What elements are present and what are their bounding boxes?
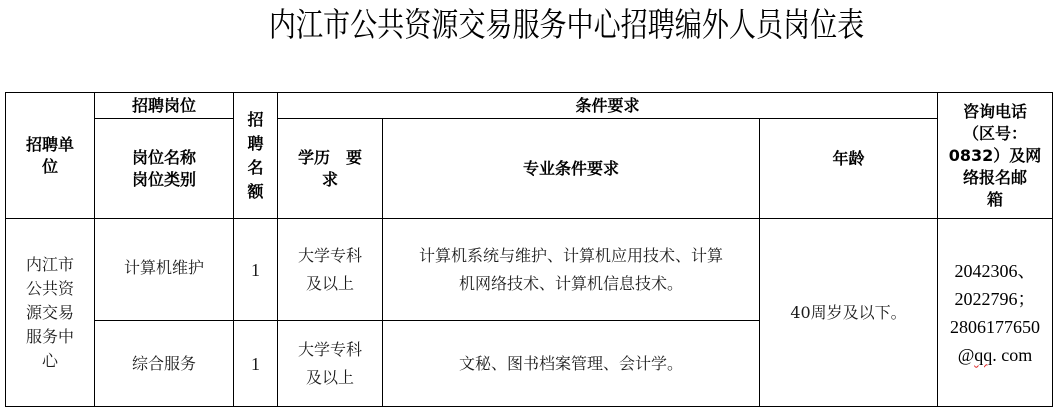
header-contact-line: 箱 <box>938 189 1052 211</box>
quota-cell: 1 <box>234 219 278 321</box>
header-unit-line: 位 <box>6 156 94 178</box>
major-line: 文秘、图书档案管理、会计学。 <box>383 350 759 378</box>
education-line: 大学专科 <box>278 242 382 270</box>
recruitment-table: 招聘单 位 招聘岗位 招 聘 名 额 条件要求 咨询电话 （区号： 0832）及… <box>5 92 1053 407</box>
header-unit-line: 招聘单 <box>6 134 94 156</box>
position-cell: 计算机维护 <box>95 219 234 321</box>
education-line: 大学专科 <box>278 336 382 364</box>
header-quota: 招 聘 名 额 <box>234 93 278 219</box>
quota-cell: 1 <box>234 321 278 407</box>
education-line: 及以上 <box>278 270 382 298</box>
unit-name-line: 服务中 <box>6 325 94 349</box>
email-domain-suffix: . com <box>992 345 1032 365</box>
phone-number: 2022796； <box>938 285 1052 313</box>
header-contact-line: 0832）及网 <box>938 145 1052 167</box>
header-quota-line: 额 <box>234 180 277 204</box>
header-position-name-type: 岗位名称 岗位类别 <box>95 119 234 219</box>
email-local-part: 2806177650 <box>938 313 1052 341</box>
major-cell: 计算机系统与维护、计算机应用技术、计算 机网络技术、计算机信息技术。 <box>383 219 760 321</box>
header-position-name: 岗位名称 <box>95 147 233 169</box>
header-major: 专业条件要求 <box>383 119 760 219</box>
header-contact: 咨询电话 （区号： 0832）及网 络报名邮 箱 <box>938 93 1053 219</box>
header-unit: 招聘单 位 <box>6 93 95 219</box>
header-quota-line: 名 <box>234 156 277 180</box>
unit-name-line: 内江市 <box>6 253 94 277</box>
unit-name-line: 心 <box>6 349 94 373</box>
header-quota-line: 聘 <box>234 132 277 156</box>
position-cell: 综合服务 <box>95 321 234 407</box>
major-cell: 文秘、图书档案管理、会计学。 <box>383 321 760 407</box>
header-education-line: 求 <box>278 169 382 191</box>
unit-name-cell: 内江市 公共资 源交易 服务中 心 <box>6 219 95 407</box>
email-domain: @qq. com <box>938 341 1052 369</box>
document-title: 内江市公共资源交易服务中心招聘编外人员岗位表 <box>101 2 967 52</box>
header-position-group: 招聘岗位 <box>95 93 234 119</box>
unit-name-line: 公共资 <box>6 277 94 301</box>
table-row: 内江市 公共资 源交易 服务中 心 计算机维护 1 大学专科 及以上 计算机系统… <box>6 219 1053 321</box>
header-position-type: 岗位类别 <box>95 169 233 191</box>
email-domain-word: qq <box>974 345 992 365</box>
unit-name-line: 源交易 <box>6 301 94 325</box>
age-cell: 40周岁及以下。 <box>760 219 938 407</box>
phone-number: 2042306、 <box>938 257 1052 285</box>
header-education-line: 学历 要 <box>278 147 382 169</box>
major-line: 计算机系统与维护、计算机应用技术、计算 <box>383 242 759 270</box>
header-age: 年龄 <box>760 119 938 219</box>
contact-cell: 2042306、 2022796； 2806177650 @qq. com <box>938 219 1053 407</box>
header-education: 学历 要 求 <box>278 119 383 219</box>
header-contact-line: 咨询电话 <box>938 101 1052 123</box>
header-contact-line: 络报名邮 <box>938 167 1052 189</box>
education-cell: 大学专科 及以上 <box>278 321 383 407</box>
education-cell: 大学专科 及以上 <box>278 219 383 321</box>
email-at: @ <box>958 345 975 365</box>
header-conditions-group: 条件要求 <box>278 93 938 119</box>
major-line: 机网络技术、计算机信息技术。 <box>383 270 759 298</box>
header-contact-line: （区号： <box>938 123 1052 145</box>
education-line: 及以上 <box>278 364 382 392</box>
header-quota-line: 招 <box>234 108 277 132</box>
